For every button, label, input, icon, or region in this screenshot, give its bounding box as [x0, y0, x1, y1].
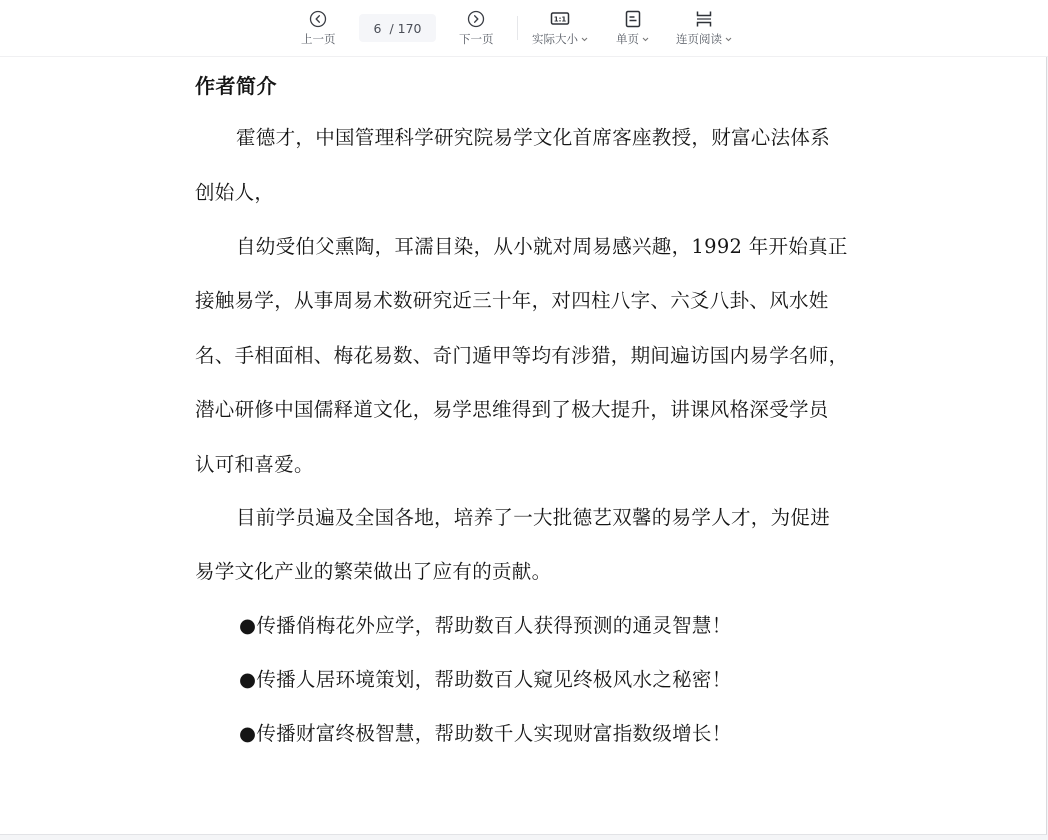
paragraph-line: 潜心研修中国儒释道文化，易学思维得到了极大提升，讲课风格深受学员	[195, 394, 829, 422]
paragraph-line: 认可和喜爱。	[195, 449, 314, 477]
paragraph-line: 自幼受伯父熏陶，耳濡目染，从小就对周易感兴趣，1992 年开始真正	[236, 231, 848, 259]
toolbar-divider	[517, 16, 518, 40]
total-pages: / 170	[389, 21, 421, 36]
chevron-down-icon	[642, 37, 649, 42]
paragraph-line: 接触易学，从事周易术数研究近三十年，对四柱八字、六爻八卦、风水姓	[195, 285, 829, 313]
paragraph-line: 创始人，	[195, 177, 274, 205]
next-page-label: 下一页	[459, 31, 494, 47]
chevron-down-icon	[581, 37, 588, 42]
layout-label: 单页	[616, 31, 639, 47]
bullet-item: ●传播人居环境策划，帮助数百人窥见终极风水之秘密！	[239, 664, 732, 692]
bullet-item: ●传播财富终极智慧，帮助数千人实现财富指数级增长！	[239, 718, 732, 746]
document-page: 作者简介 霍德才，中国管理科学研究院易学文化首席客座教授，财富心法体系 创始人，…	[0, 57, 1047, 835]
svg-text:1:1: 1:1	[554, 16, 567, 24]
actual-size-1to1-icon: 1:1	[550, 10, 570, 28]
paragraph-line: 霍德才，中国管理科学研究院易学文化首席客座教授，财富心法体系	[236, 122, 830, 150]
next-page-button[interactable]: 下一页	[459, 10, 494, 47]
chevron-right-circle-icon	[467, 10, 485, 28]
zoom-dropdown[interactable]: 1:1 实际大小	[532, 10, 588, 47]
bullet-item: ●传播俏梅花外应学，帮助数百人获得预测的通灵智慧！	[239, 610, 732, 638]
scroll-mode-dropdown[interactable]: 连页阅读	[676, 10, 732, 47]
current-page[interactable]: 6	[374, 21, 382, 36]
paragraph-line: 目前学员遍及全国各地，培养了一大批德艺双馨的易学人才，为促进	[236, 502, 830, 530]
reader-toolbar: 上一页 6 / 170 下一页 1:1 实际大小 单页	[0, 0, 1048, 57]
scroll-mode-label: 连页阅读	[676, 31, 722, 47]
prev-page-button[interactable]: 上一页	[301, 10, 336, 47]
single-page-icon	[624, 10, 642, 28]
zoom-label: 实际大小	[532, 31, 578, 47]
prev-page-label: 上一页	[301, 31, 336, 47]
section-title: 作者简介	[195, 70, 277, 99]
chevron-down-icon	[725, 37, 732, 42]
layout-dropdown[interactable]: 单页	[616, 10, 649, 47]
page-number-input[interactable]: 6 / 170	[359, 14, 436, 42]
paragraph-line: 易学文化产业的繁荣做出了应有的贡献。	[195, 556, 551, 584]
chevron-left-circle-icon	[309, 10, 327, 28]
paragraph-line: 名、手相面相、梅花易数、奇门遁甲等均有涉猎，期间遍访国内易学名师，	[195, 340, 848, 368]
continuous-reading-icon	[695, 10, 713, 28]
